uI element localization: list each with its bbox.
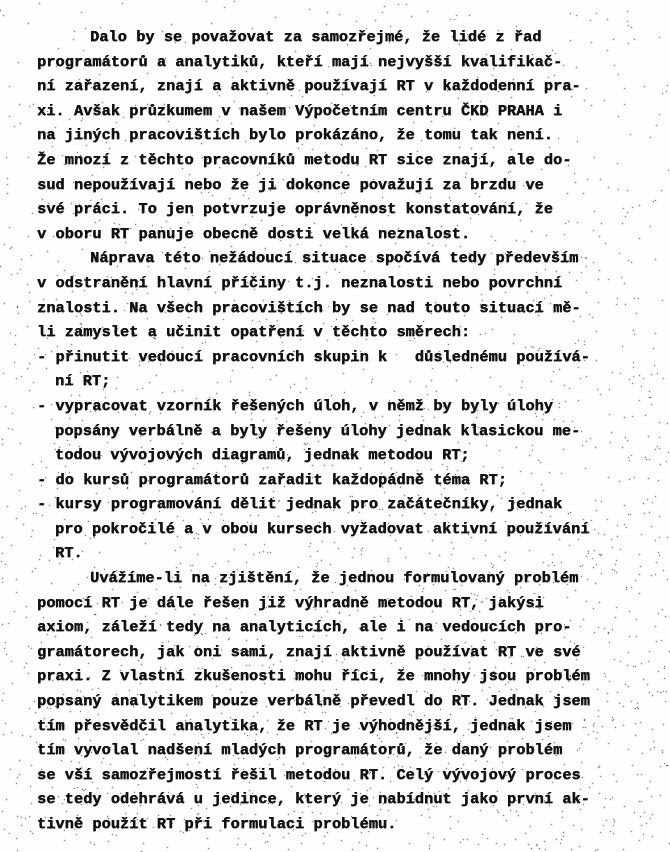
bullet-item-line: - přinutit vedoucí pracovních skupin k d… xyxy=(37,345,637,370)
text-line: tivně použít RT při formulaci problému. xyxy=(37,812,637,837)
bullet-continuation-line: pro pokročilé a v obou kursech vyžadovat… xyxy=(37,517,637,542)
text-line: programátorů a analytiků, kteří mají nej… xyxy=(37,50,637,75)
text-line: tím vyvolal nadšení mladých programátorů… xyxy=(37,738,637,763)
text-line: praxi. Z vlastní zkušenosti mohu říci, ž… xyxy=(37,664,637,689)
text-line: se tedy odehrává u jedince, který je nab… xyxy=(37,787,637,812)
typewritten-text: Dalo by se považovat za samozřejmé, že l… xyxy=(37,25,637,837)
bullet-item-line: - vypracovat vzorník řešených úloh, v ně… xyxy=(37,394,637,419)
text-line: axiom, záleží tedy na analyticích, ale i… xyxy=(37,615,637,640)
text-line: Že mnozí z těchto pracovníků metodu RT s… xyxy=(37,148,637,173)
paragraph-first-line: Náprava této nežádoucí situace spočívá t… xyxy=(37,246,637,271)
text-line: xi. Avšak průzkumem v našem Výpočetním c… xyxy=(37,99,637,124)
text-line: na jiných pracovištích bylo prokázáno, ž… xyxy=(37,123,637,148)
text-line: sud nepoužívají nebo že ji dokonce považ… xyxy=(37,173,637,198)
text-line: li zamyslet a učinit opatření v těchto s… xyxy=(37,320,637,345)
bullet-item-line: - do kursů programátorů zařadit každopád… xyxy=(37,468,637,493)
text-line: tím přesvědčil analytika, že RT je výhod… xyxy=(37,714,637,739)
scanned-page: Dalo by se považovat za samozřejmé, že l… xyxy=(0,0,670,852)
text-line: ní zařazení, znají a aktivně používají R… xyxy=(37,74,637,99)
text-line: v oboru RT panuje obecně dosti velká nez… xyxy=(37,222,637,247)
text-line: pomocí RT je dále řešen již výhradně met… xyxy=(37,591,637,616)
bullet-continuation-line: popsány verbálně a byly řešeny úlohy jed… xyxy=(37,419,637,444)
bullet-continuation-line: ní RT; xyxy=(37,369,637,394)
text-line: své práci. To jen potvrzuje oprávněnost … xyxy=(37,197,637,222)
text-line: znalosti. Na všech pracovištích by se na… xyxy=(37,296,637,321)
bullet-item-line: - kursy programování dělit jednak pro za… xyxy=(37,492,637,517)
paragraph-first-line: Uvážíme-li na zjištění, že jednou formul… xyxy=(37,566,637,591)
paragraph-first-line: Dalo by se považovat za samozřejmé, že l… xyxy=(37,25,637,50)
bullet-continuation-line: RT. xyxy=(37,541,637,566)
text-line: v odstranění hlavní příčiny t.j. neznalo… xyxy=(37,271,637,296)
text-line: popsaný analytikem pouze verbálně převed… xyxy=(37,689,637,714)
bullet-continuation-line: todou vývojových diagramů, jednak metodo… xyxy=(37,443,637,468)
text-line: gramátorech, jak oni sami, znají aktivně… xyxy=(37,640,637,665)
text-line: se vší samozřejmostí řešil metodou RT. C… xyxy=(37,763,637,788)
